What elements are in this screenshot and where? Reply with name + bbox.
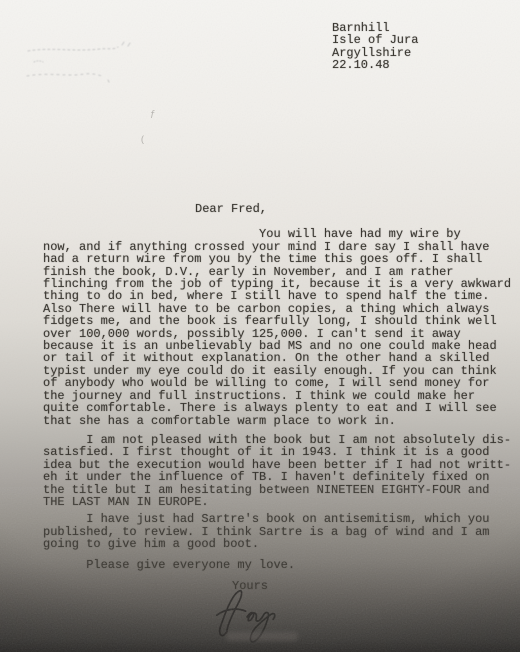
letter-body: Dear Fred, You will have had my wire by … (43, 203, 517, 592)
farewell-line: Please give everyone my love. (43, 559, 517, 571)
paper-speck: ( (140, 134, 145, 146)
sender-address-block: Barnhill Isle of Jura Argyllshire 22.10.… (332, 22, 418, 72)
signature-smudge (226, 632, 298, 641)
salutation: Dear Fred, (195, 203, 517, 215)
letter-paragraph-3: I have just had Sartre's book on antisem… (43, 513, 517, 550)
faint-pencil-annotation (22, 38, 172, 94)
date-line: 22.10.48 (332, 59, 418, 71)
letter-scan: ƒ ( Barnhill Isle of Jura Argyllshire 22… (0, 0, 520, 652)
address-line-2: Isle of Jura (332, 34, 418, 46)
letter-paragraph-1: You will have had my wire by now, and if… (43, 228, 517, 427)
paper-speck: ƒ (150, 108, 155, 120)
letter-paragraph-2: I am not pleased with the book but I am … (43, 434, 517, 508)
